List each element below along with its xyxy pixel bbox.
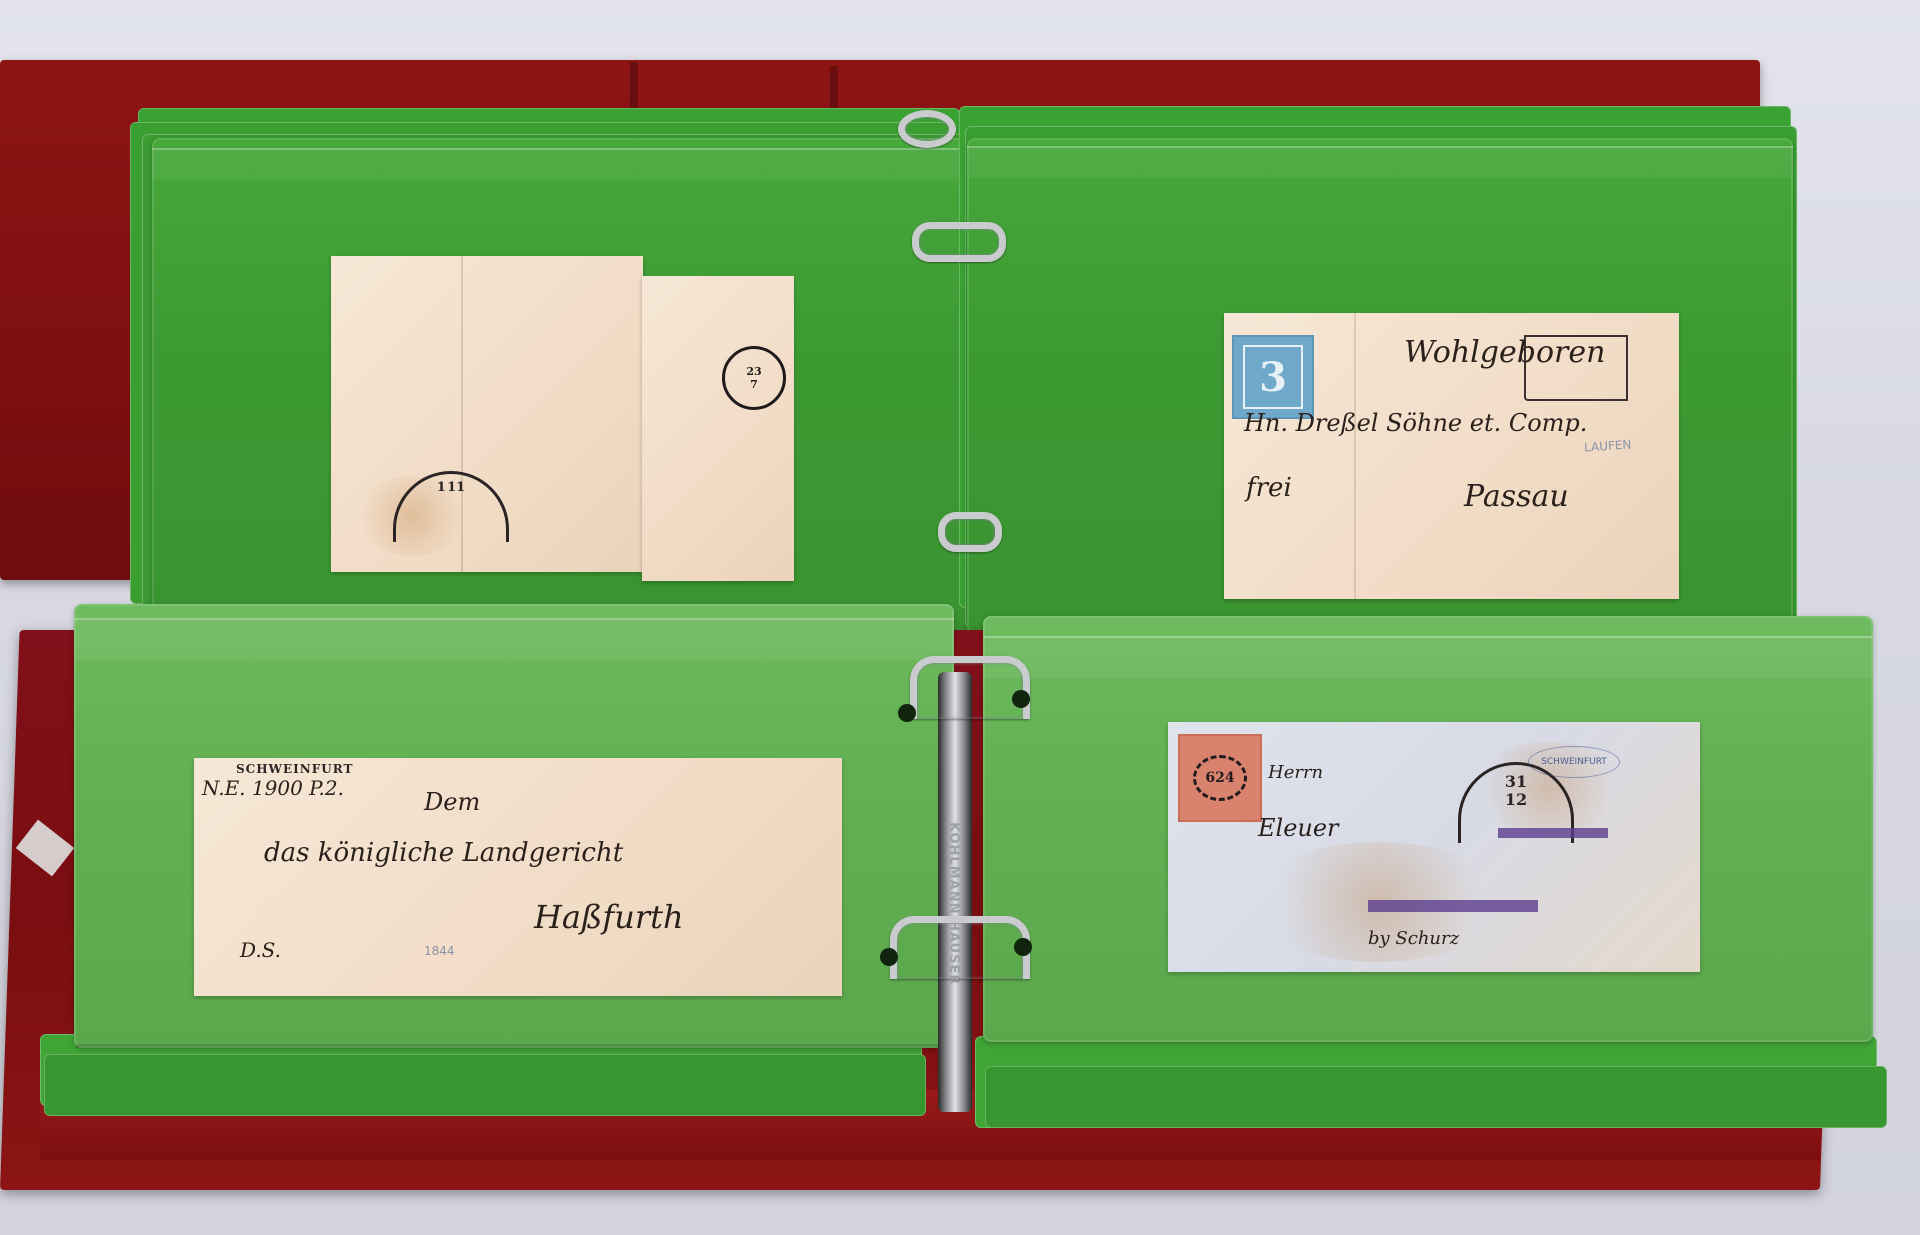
address-line-3: frei bbox=[1246, 473, 1292, 503]
address-line-1: Dem bbox=[424, 788, 480, 816]
cover-top-left: 1 11 bbox=[331, 256, 643, 572]
binder-spine-bar: KOHLMANN HAUSER bbox=[938, 672, 972, 1112]
address-line-3: Haßfurth bbox=[534, 898, 684, 936]
cover-bottom-right: 624 31 12 SCHWEINFURT Herrn Eleuer by Sc… bbox=[1168, 722, 1700, 972]
postmark-langenzenn: 23 7 bbox=[722, 346, 786, 410]
cover-top-right: 3 Wohlgeboren Hn. Dreßel Söhne et. Comp.… bbox=[1224, 313, 1679, 599]
stamp-denomination: 3 bbox=[1243, 345, 1303, 409]
punch-hole bbox=[880, 948, 898, 966]
cancel-number: 624 bbox=[1193, 755, 1247, 801]
purple-strike bbox=[1368, 900, 1538, 912]
binder-ring-bottom-2 bbox=[890, 916, 1030, 979]
reference-number: N.E. 1900 P.2. bbox=[202, 776, 344, 800]
note-ds: D.S. bbox=[240, 938, 281, 962]
pencil-note: LAUFEN bbox=[1584, 437, 1632, 454]
binder-ring-top-1 bbox=[912, 222, 1006, 262]
purple-strike bbox=[1498, 828, 1608, 838]
stamp-bayern-3-kreuzer: 3 bbox=[1232, 335, 1314, 419]
postmark-day: 31 bbox=[1505, 772, 1527, 791]
postmark-day: 23 bbox=[746, 365, 761, 378]
cover-top-left-flap: 23 7 bbox=[642, 276, 794, 581]
address-line-1: Wohlgeboren bbox=[1404, 335, 1605, 370]
binder-ring-top-2 bbox=[938, 512, 1002, 552]
cover-bottom-left: SCHWEINFURT N.E. 1900 P.2. Dem das könig… bbox=[194, 758, 842, 996]
binder-ring-top-3 bbox=[898, 110, 956, 148]
punch-hole bbox=[1014, 938, 1032, 956]
postmark-month: 12 bbox=[1505, 790, 1527, 809]
address-line-1: Herrn bbox=[1268, 762, 1323, 783]
address-line-2: Eleuer bbox=[1258, 814, 1339, 842]
address-line-3: by Schurz bbox=[1368, 928, 1459, 949]
address-line-2: das königliche Landgericht bbox=[264, 838, 623, 868]
handstamp-schweinfurt: SCHWEINFURT bbox=[236, 762, 353, 776]
punch-hole bbox=[1012, 690, 1030, 708]
photo-scene: 1 11 23 7 3 Wohlgeboren Hn. Dreßel Söhne… bbox=[0, 0, 1920, 1235]
address-line-4: Passau bbox=[1464, 479, 1569, 514]
binder-ring-bottom-1 bbox=[910, 656, 1030, 719]
oval-stamp: SCHWEINFURT bbox=[1528, 746, 1620, 778]
note-year: 1844 bbox=[424, 944, 455, 958]
postmark-month: 7 bbox=[750, 378, 758, 391]
stamp-bayern-red: 624 bbox=[1178, 734, 1262, 822]
address-line-2: Hn. Dreßel Söhne et. Comp. bbox=[1244, 409, 1587, 437]
punch-hole bbox=[898, 704, 916, 722]
